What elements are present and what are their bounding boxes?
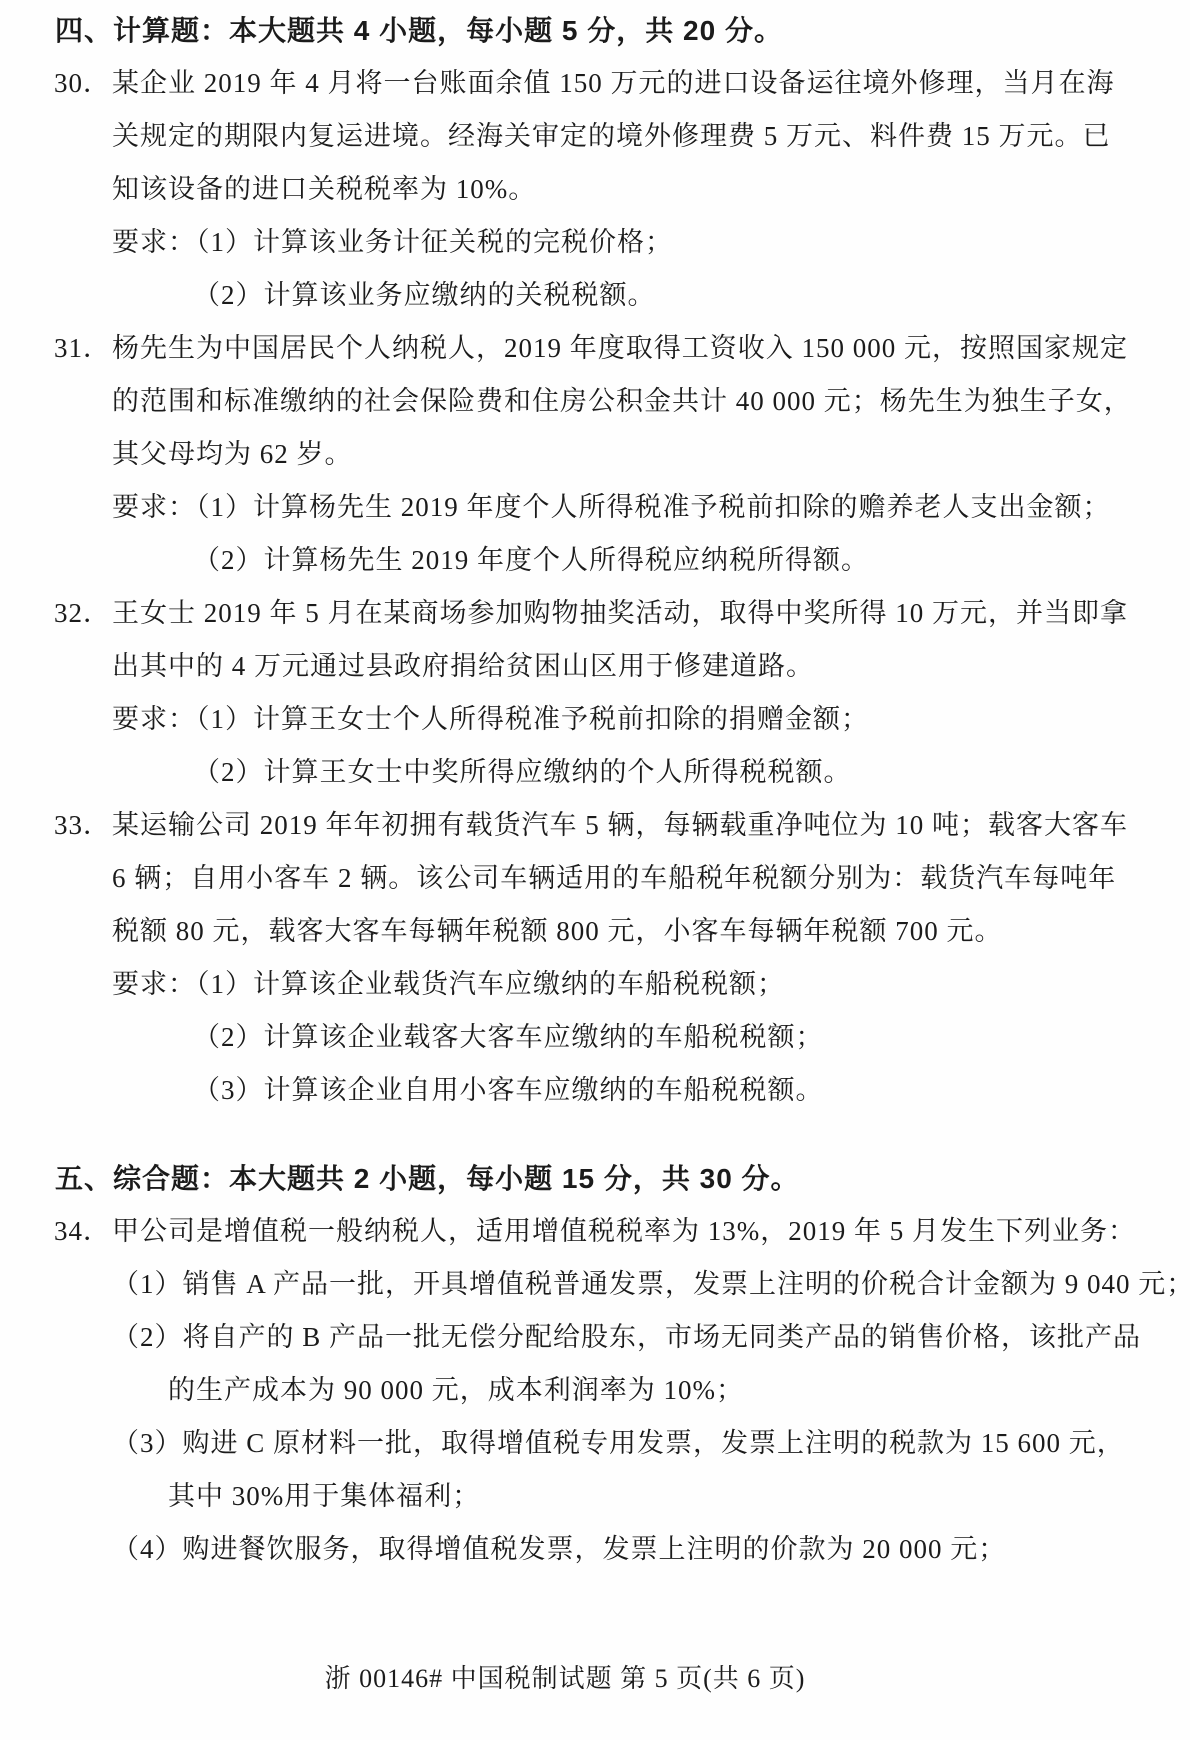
question-text: 甲公司是增值税一般纳税人，适用增值税税率为 13%，2019 年 5 月发生下列… — [112, 1216, 1136, 1246]
body-line: 税额 80 元，载客大客车每辆年税额 800 元，小客车每辆年税额 700 元。 — [0, 905, 1190, 958]
body-line: 其父母均为 62 岁。 — [0, 428, 1190, 481]
body-line: 6 辆；自用小客车 2 辆。该公司车辆适用的车船税年税额分别为：载货汽车每吨年 — [0, 852, 1190, 905]
page-footer: 浙 00146# 中国税制试题 第 5 页(共 6 页) — [0, 1652, 1190, 1705]
question-text: 杨先生为中国居民个人纳税人，2019 年度取得工资收入 150 000 元，按照… — [112, 333, 1128, 363]
question-line: 34．甲公司是增值税一般纳税人，适用增值税税率为 13%，2019 年 5 月发… — [0, 1205, 1190, 1258]
body-line: 知该设备的进口关税税率为 10%。 — [0, 163, 1190, 216]
sub-request-line: （2）计算杨先生 2019 年度个人所得税应纳税所得额。 — [0, 534, 1190, 587]
body-line: 要求：（1）计算王女士个人所得税准予税前扣除的捐赠金额； — [0, 693, 1190, 746]
body-line: （4）购进餐饮服务，取得增值税发票，发票上注明的价款为 20 000 元； — [0, 1523, 1190, 1576]
body-line: 要求：（1）计算该企业载货汽车应缴纳的车船税税额； — [0, 958, 1190, 1011]
body-line: （3）购进 C 原材料一批，取得增值税专用发票，发票上注明的税款为 15 600… — [0, 1417, 1190, 1470]
question-line: 30．某企业 2019 年 4 月将一台账面余值 150 万元的进口设备运往境外… — [0, 57, 1190, 110]
question-text: 王女士 2019 年 5 月在某商场参加购物抽奖活动，取得中奖所得 10 万元，… — [112, 598, 1128, 628]
body-line: （1）销售 A 产品一批，开具增值税普通发票，发票上注明的价税合计金额为 9 0… — [0, 1258, 1190, 1311]
question-number: 33． — [54, 799, 111, 852]
question-number: 31． — [54, 322, 111, 375]
exam-page: 四、计算题：本大题共 4 小题，每小题 5 分，共 20 分。30．某企业 20… — [0, 0, 1190, 1740]
question-line: 33．某运输公司 2019 年年初拥有载货汽车 5 辆，每辆载重净吨位为 10 … — [0, 799, 1190, 852]
section-heading: 四、计算题：本大题共 4 小题，每小题 5 分，共 20 分。 — [0, 4, 1190, 57]
question-line: 32．王女士 2019 年 5 月在某商场参加购物抽奖活动，取得中奖所得 10 … — [0, 587, 1190, 640]
sub-request-line: （2）计算该业务应缴纳的关税税额。 — [0, 269, 1190, 322]
continuation-line: 的生产成本为 90 000 元，成本利润率为 10%； — [0, 1364, 1190, 1417]
sub-request-line: （3）计算该企业自用小客车应缴纳的车船税税额。 — [0, 1064, 1190, 1117]
body-line: （2）将自产的 B 产品一批无偿分配给股东，市场无同类产品的销售价格，该批产品 — [0, 1311, 1190, 1364]
body-line: 关规定的期限内复运进境。经海关审定的境外修理费 5 万元、料件费 15 万元。已 — [0, 110, 1190, 163]
question-number: 34． — [54, 1205, 111, 1258]
body-line: 要求：（1）计算该业务计征关税的完税价格； — [0, 216, 1190, 269]
section-heading: 五、综合题：本大题共 2 小题，每小题 15 分，共 30 分。 — [0, 1152, 1190, 1205]
question-line: 31．杨先生为中国居民个人纳税人，2019 年度取得工资收入 150 000 元… — [0, 322, 1190, 375]
sub-request-line: （2）计算王女士中奖所得应缴纳的个人所得税税额。 — [0, 746, 1190, 799]
question-number: 32． — [54, 587, 111, 640]
document-content: 四、计算题：本大题共 4 小题，每小题 5 分，共 20 分。30．某企业 20… — [0, 4, 1190, 1576]
body-line: 要求：（1）计算杨先生 2019 年度个人所得税准予税前扣除的赡养老人支出金额； — [0, 481, 1190, 534]
body-line: 出其中的 4 万元通过县政府捐给贫困山区用于修建道路。 — [0, 640, 1190, 693]
continuation-line: 其中 30%用于集体福利； — [0, 1470, 1190, 1523]
question-number: 30． — [54, 57, 111, 110]
question-text: 某企业 2019 年 4 月将一台账面余值 150 万元的进口设备运往境外修理，… — [112, 68, 1115, 98]
sub-request-line: （2）计算该企业载客大客车应缴纳的车船税税额； — [0, 1011, 1190, 1064]
question-text: 某运输公司 2019 年年初拥有载货汽车 5 辆，每辆载重净吨位为 10 吨；载… — [112, 810, 1128, 840]
body-line: 的范围和标准缴纳的社会保险费和住房公积金共计 40 000 元；杨先生为独生子女… — [0, 375, 1190, 428]
